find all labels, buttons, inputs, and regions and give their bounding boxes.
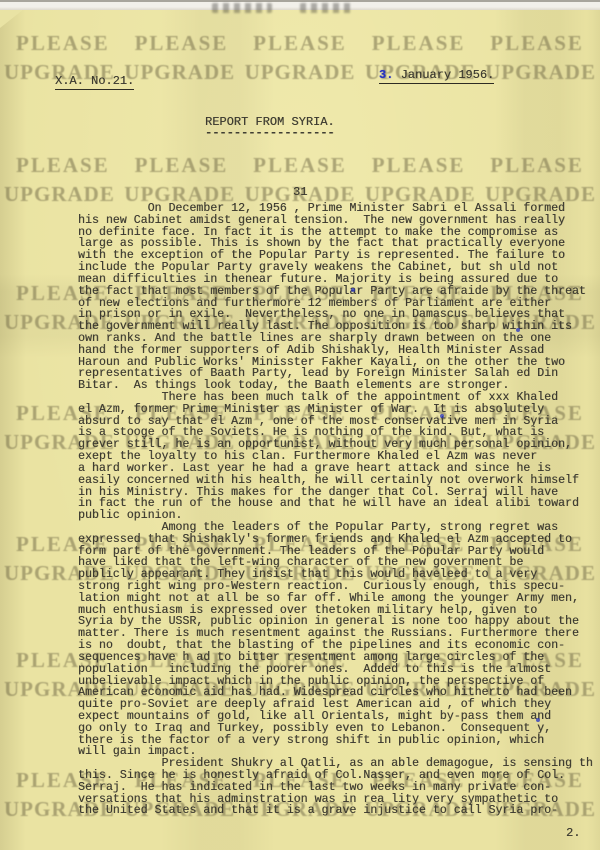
body-line: hand the former supporters of Adib Shish… [78,345,600,357]
footer-page-number: 2. [566,826,580,840]
paper-sheet: PLEASEPLEASEPLEASEPLEASEPLEASEUPGRADEUPG… [0,6,600,850]
blue-ink-speck [516,328,520,332]
body-line: the United States and that it is a grave… [78,805,600,817]
body-line: expect mountains of gold, like all Orien… [78,711,600,723]
body-line: lation might not at all be so far off. W… [78,593,600,605]
document-date: 3. January 1956. [379,68,494,84]
body-line: mean difficulties in thenear future. Maj… [78,274,600,286]
body-line: easily concerned with his health, he wil… [78,475,600,487]
blue-ink-speck [536,718,540,722]
title-block: REPORT FROM SYRIA. ------------------ [205,115,335,140]
page-number: 31 [293,185,307,199]
blue-ink-speck [440,414,444,418]
ink-smudge-mark [300,3,352,13]
ink-smudge-mark [212,3,272,13]
reference-number: X.A. No.21. [55,74,134,90]
body-line: own ranks. And the battle lines are shar… [78,333,600,345]
body-line: the fact that most members of the Popula… [78,286,600,298]
body-line: expressed that Shishakly's former friend… [78,534,600,546]
date-day-mark: 3. [379,68,393,82]
body-line: go only to Iraq and Turkey, possibly eve… [78,723,600,735]
scanned-document-page: PLEASEPLEASEPLEASEPLEASEPLEASEUPGRADEUPG… [0,0,600,850]
body-line: Serraj. He has indicated in the last two… [78,782,600,794]
body-line: el Azm, former Prime Minister as Ministe… [78,404,600,416]
body-line: his new Cabinet amidst general tension. … [78,215,600,227]
document-content: X.A. No.21. 3. January 1956. REPORT FROM… [0,6,600,850]
body-line: sequences have h ad to bitter resentment… [78,652,600,664]
document-body: On December 12, 1956 , Prime Minister Sa… [78,203,600,817]
body-line: a hard worker. Last year he had a grave … [78,463,600,475]
body-line: Among the leaders of the Popular Party, … [78,522,600,534]
title-underline: ------------------ [205,126,335,140]
blue-ink-speck [351,288,355,292]
date-text: January 1956. [393,68,494,82]
body-line: population including the poorer ones. Ad… [78,664,600,676]
